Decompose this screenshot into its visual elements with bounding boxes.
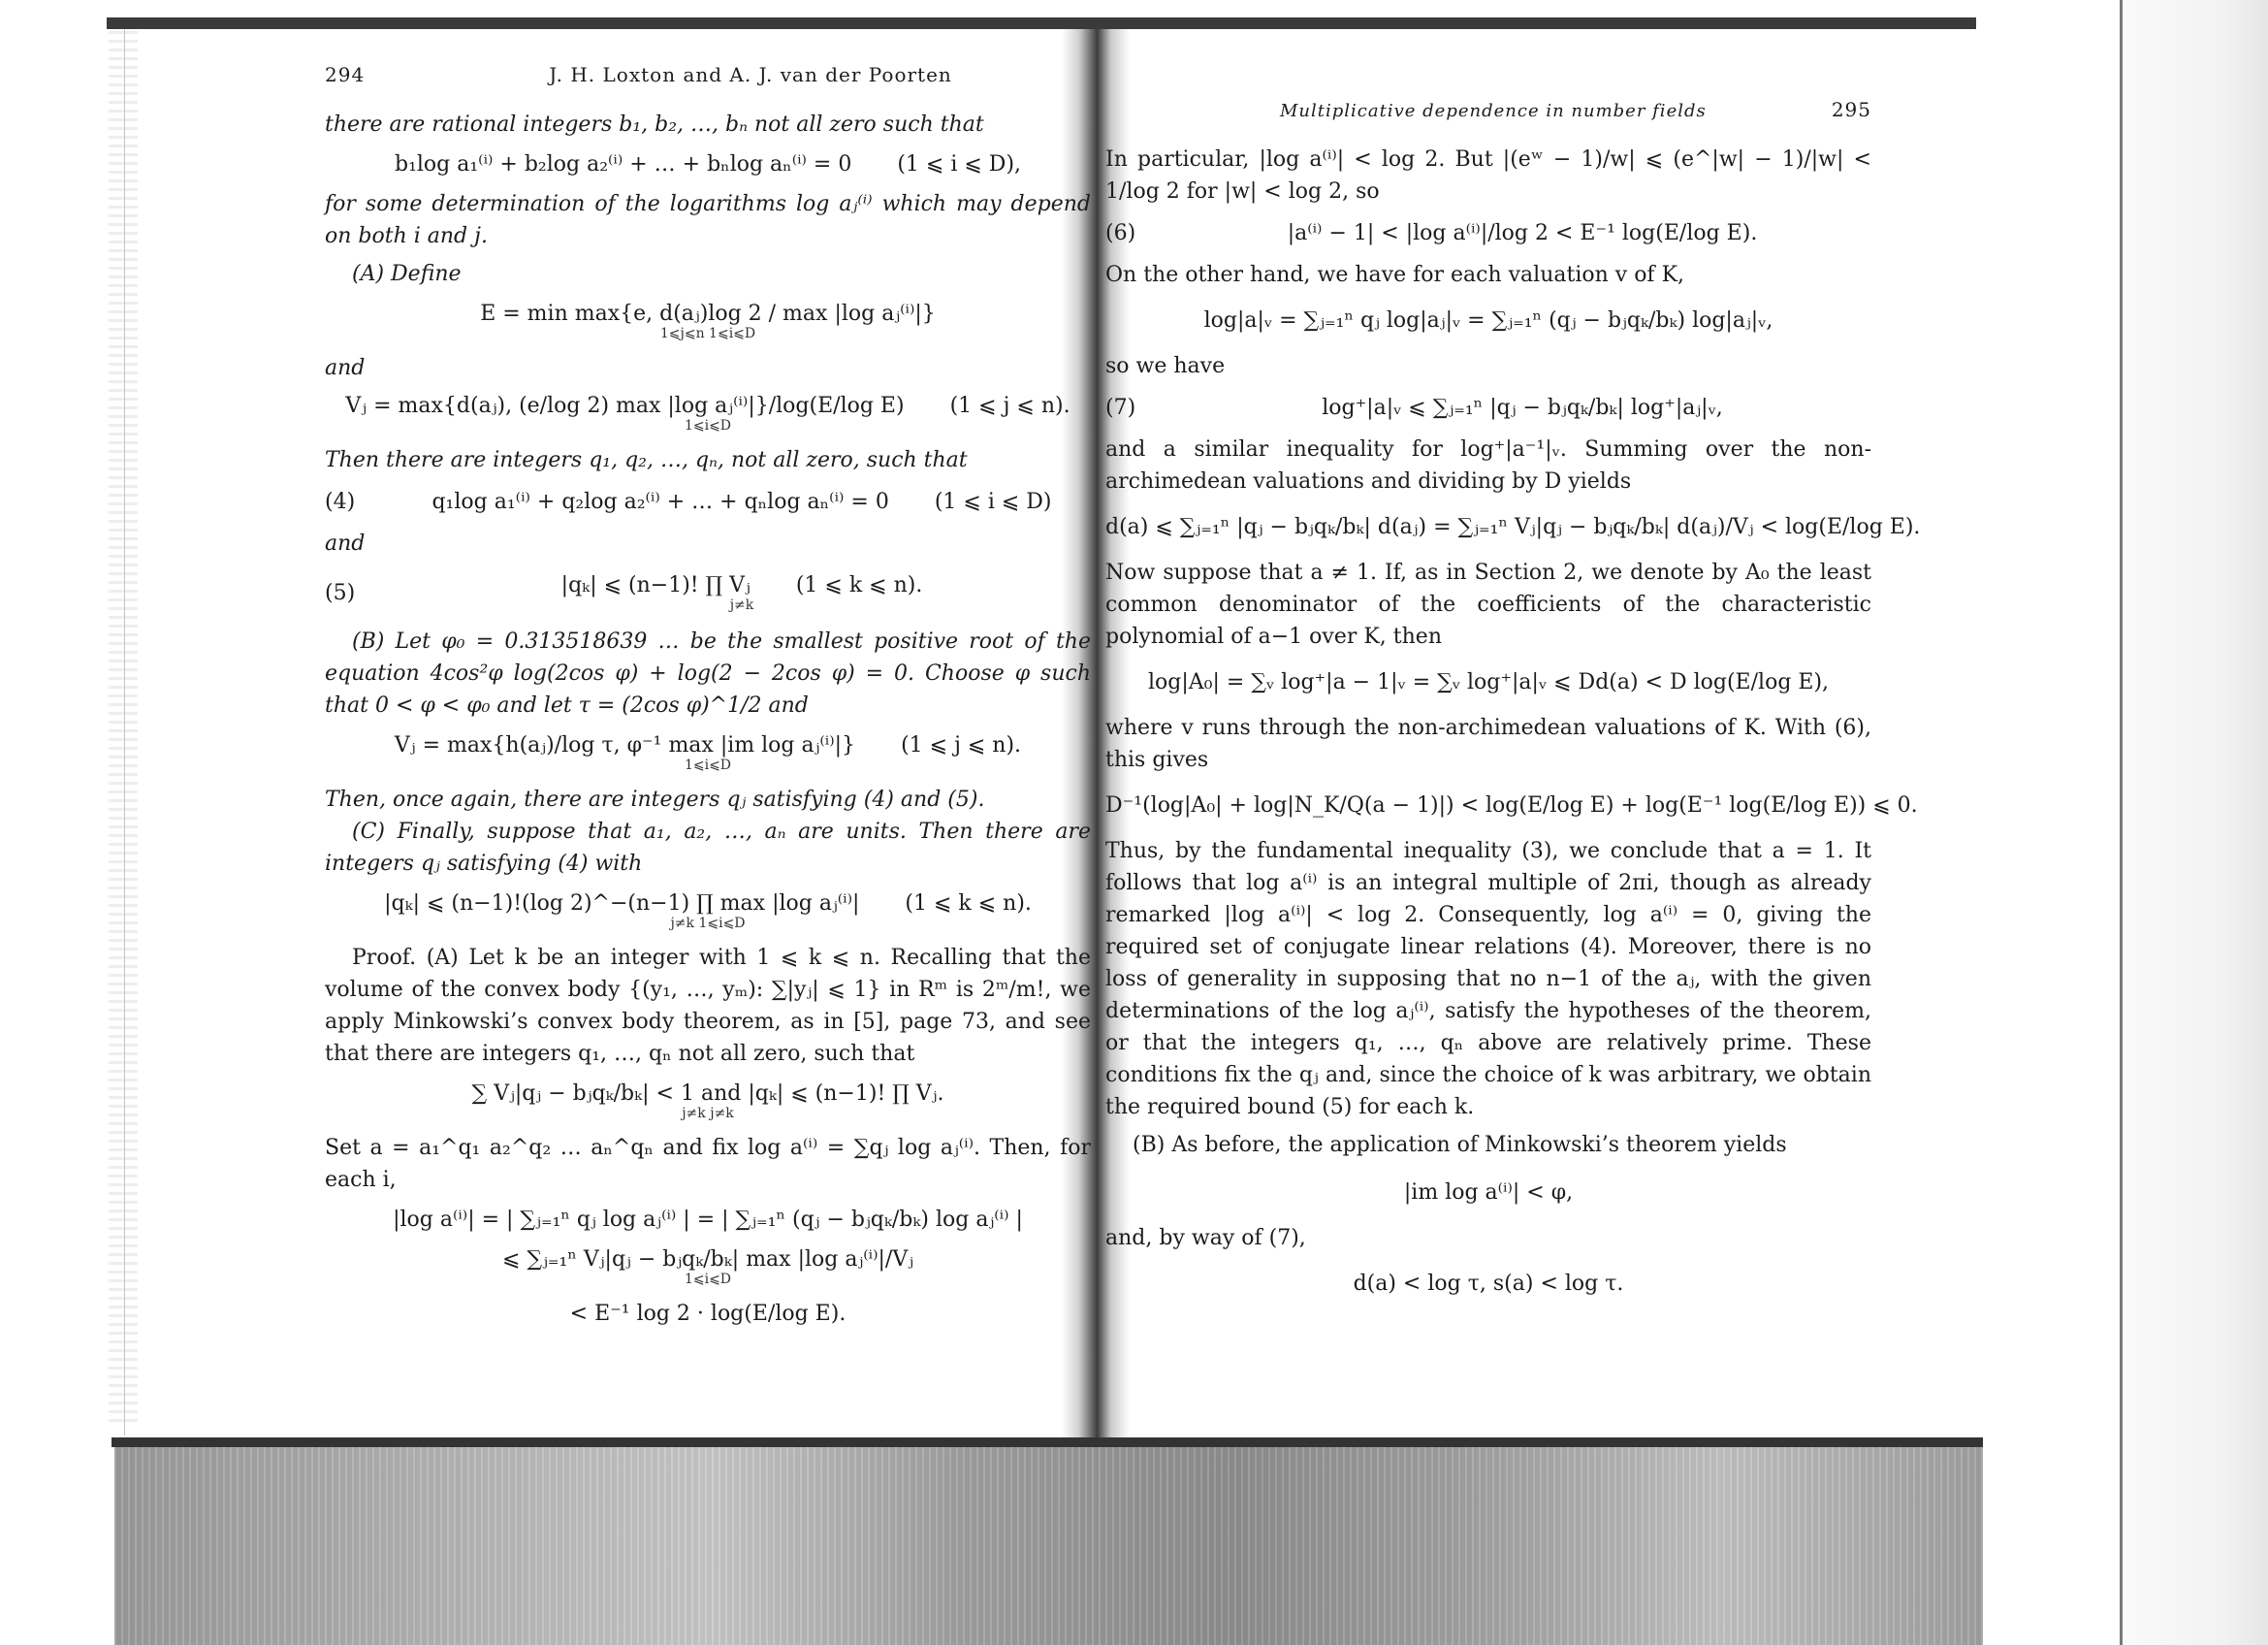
equation-im-log: |im log a⁽ⁱ⁾| < φ, xyxy=(1105,1177,1871,1209)
equation-norm: D⁻¹(log|A₀| + log|N_K/Q(a − 1)|) < log(E… xyxy=(1105,790,1871,822)
scanner-bed-area xyxy=(114,1447,1983,1645)
equation-tag: (6) xyxy=(1105,217,1173,249)
paragraph: for some determination of the logarithms… xyxy=(325,188,1091,252)
paragraph: (A) Define xyxy=(325,258,1091,290)
scan-bottom-border xyxy=(112,1437,1983,1447)
left-running-head: 294 J. H. Loxton and A. J. van der Poort… xyxy=(325,60,1091,89)
paragraph-B: (B) Let φ₀ = 0.313518639 … be the smalle… xyxy=(325,626,1091,722)
left-page-edge xyxy=(124,29,125,1435)
equation-log-A0: log|A₀| = ∑ᵥ log⁺|a − 1|ᵥ = ∑ᵥ log⁺|a|ᵥ … xyxy=(1105,666,1871,698)
equation-C-bound: |qₖ| ⩽ (n−1)!(log 2)^−(n−1) ∏ max |log a… xyxy=(325,887,1091,934)
page-number: 294 xyxy=(325,60,365,89)
equation-minkowski: ∑ Vⱼ|qⱼ − bⱼqₖ/bₖ| < 1 and |qₖ| ⩽ (n−1)!… xyxy=(325,1078,1091,1124)
equation-E-definition: E = min max{e, d(aⱼ)log 2 / max |log aⱼ⁽… xyxy=(325,298,1091,344)
equation: b₁log a₁⁽ⁱ⁾ + b₂log a₂⁽ⁱ⁾ + … + bₙlog aₙ… xyxy=(325,148,1091,180)
paragraph: and xyxy=(325,528,1091,560)
equation-bound-step: ⩽ ∑ⱼ₌₁ⁿ Vⱼ|qⱼ − bⱼqₖ/bₖ| max |log aⱼ⁽ⁱ⁾|… xyxy=(325,1243,1091,1290)
page-number: 295 xyxy=(1832,95,1871,124)
proof-paragraph: Proof. (A) Let k be an integer with 1 ⩽ … xyxy=(325,942,1091,1070)
paragraph: and, by way of (7), xyxy=(1105,1222,1871,1254)
paragraph-B-proof: (B) As before, the application of Minkow… xyxy=(1105,1129,1871,1161)
equation-7: (7) log⁺|a|ᵥ ⩽ ∑ⱼ₌₁ⁿ |qⱼ − bⱼqₖ/bₖ| log⁺… xyxy=(1105,392,1871,424)
equation-Vj-B: Vⱼ = max{h(aⱼ)/log τ, φ⁻¹ max |im log aⱼ… xyxy=(325,729,1091,776)
paragraph: Thus, by the fundamental inequality (3),… xyxy=(1105,835,1871,1123)
paragraph: In particular, |log a⁽ⁱ⁾| < log 2. But |… xyxy=(1105,144,1871,208)
title-header: Multiplicative dependence in number fiel… xyxy=(1105,98,1707,124)
paragraph: and xyxy=(325,352,1091,384)
scan-top-border xyxy=(107,17,1976,29)
paragraph: there are rational integers b₁, b₂, …, b… xyxy=(325,109,1091,141)
equation-d-a: d(a) ⩽ ∑ⱼ₌₁ⁿ |qⱼ − bⱼqₖ/bₖ| d(aⱼ) = ∑ⱼ₌₁… xyxy=(1105,511,1871,543)
paragraph: where v runs through the non-archimedean… xyxy=(1105,712,1871,776)
right-running-head: Multiplicative dependence in number fiel… xyxy=(1105,95,1871,124)
right-page: Multiplicative dependence in number fiel… xyxy=(1105,95,1871,1313)
paragraph: so we have xyxy=(1105,350,1871,382)
paragraph: and a similar inequality for log⁺|a⁻¹|ᵥ.… xyxy=(1105,434,1871,498)
paragraph: Then, once again, there are integers qⱼ … xyxy=(325,784,1091,816)
right-margin-shade xyxy=(2123,0,2268,1645)
paragraph-C: (C) Finally, suppose that a₁, a₂, …, aₙ … xyxy=(325,816,1091,880)
left-margin-artifact xyxy=(109,31,138,1428)
equation-4: (4) q₁log a₁⁽ⁱ⁾ + q₂log a₂⁽ⁱ⁾ + … + qₙlo… xyxy=(325,486,1091,518)
paragraph: Set a = a₁^q₁ a₂^q₂ … aₙ^qₙ and fix log … xyxy=(325,1132,1091,1196)
equation-5: (5) |qₖ| ⩽ (n−1)! ∏ Vⱼ (1 ⩽ k ⩽ n). j≠k xyxy=(325,569,1091,616)
equation-tag: (7) xyxy=(1105,392,1173,424)
equation-tag: (4) xyxy=(325,486,393,518)
equation-6: (6) |a⁽ⁱ⁾ − 1| < |log a⁽ⁱ⁾|/log 2 < E⁻¹ … xyxy=(1105,217,1871,249)
equation-bound-final: < E⁻¹ log 2 · log(E/log E). xyxy=(325,1298,1091,1330)
paragraph: On the other hand, we have for each valu… xyxy=(1105,259,1871,291)
equation-log-valuation: log|a|ᵥ = ∑ⱼ₌₁ⁿ qⱼ log|aⱼ|ᵥ = ∑ⱼ₌₁ⁿ (qⱼ … xyxy=(1105,305,1871,337)
equation-log-a: |log a⁽ⁱ⁾| = | ∑ⱼ₌₁ⁿ qⱼ log aⱼ⁽ⁱ⁾ | = | … xyxy=(325,1204,1091,1236)
paragraph: Now suppose that a ≠ 1. If, as in Sectio… xyxy=(1105,557,1871,653)
equation-Vj-definition: Vⱼ = max{d(aⱼ), (e/log 2) max |log aⱼ⁽ⁱ⁾… xyxy=(325,390,1091,436)
equation-tag: (5) xyxy=(325,577,393,609)
authors-header: J. H. Loxton and A. J. van der Poorten xyxy=(442,60,1091,89)
equation-d-s-bound: d(a) < log τ, s(a) < log τ. xyxy=(1105,1268,1871,1300)
left-page: 294 J. H. Loxton and A. J. van der Poort… xyxy=(325,60,1091,1338)
paragraph: Then there are integers q₁, q₂, …, qₙ, n… xyxy=(325,444,1091,476)
